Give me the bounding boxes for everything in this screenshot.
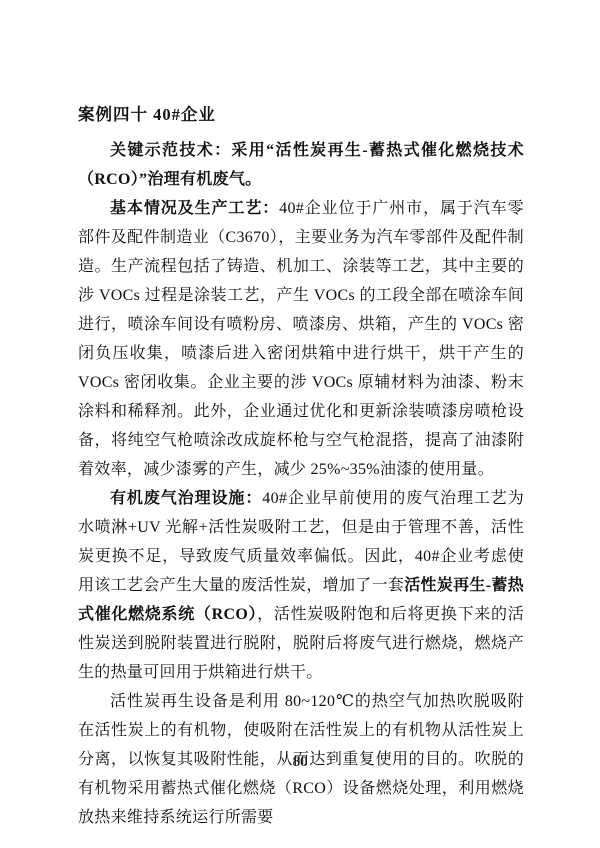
- text-block: 案例四十 40#企业 关键示范技术：采用“活性炭再生-蓄热式催化燃烧技术（RCO…: [78, 103, 524, 832]
- paragraph: 有机废气治理设施：40#企业早前使用的废气治理工艺为水喷淋+UV 光解+活性炭吸…: [78, 484, 524, 687]
- paragraph: 关键示范技术：采用“活性炭再生-蓄热式催化燃烧技术（RCO）”治理有机废气。: [78, 136, 524, 194]
- paragraphs: 关键示范技术：采用“活性炭再生-蓄热式催化燃烧技术（RCO）”治理有机废气。基本…: [78, 136, 524, 832]
- text-run-bold: 关键示范技术：采用“活性炭再生-蓄热式催化燃烧技术（RCO）”治理有机废气。: [78, 142, 524, 188]
- document-page: 案例四十 40#企业 关键示范技术：采用“活性炭再生-蓄热式催化燃烧技术（RCO…: [0, 0, 600, 848]
- text-run: 40#企业位于广州市，属于汽车零部件及配件制造业（C3670），主要业务为汽车零…: [78, 200, 524, 478]
- text-run-bold: 基本情况及生产工艺：: [110, 200, 279, 217]
- page-number: 80: [0, 752, 600, 772]
- case-title: 案例四十 40#企业: [78, 103, 524, 127]
- paragraph: 基本情况及生产工艺：40#企业位于广州市，属于汽车零部件及配件制造业（C3670…: [78, 194, 524, 484]
- text-run-bold: 有机废气治理设施：: [110, 490, 262, 507]
